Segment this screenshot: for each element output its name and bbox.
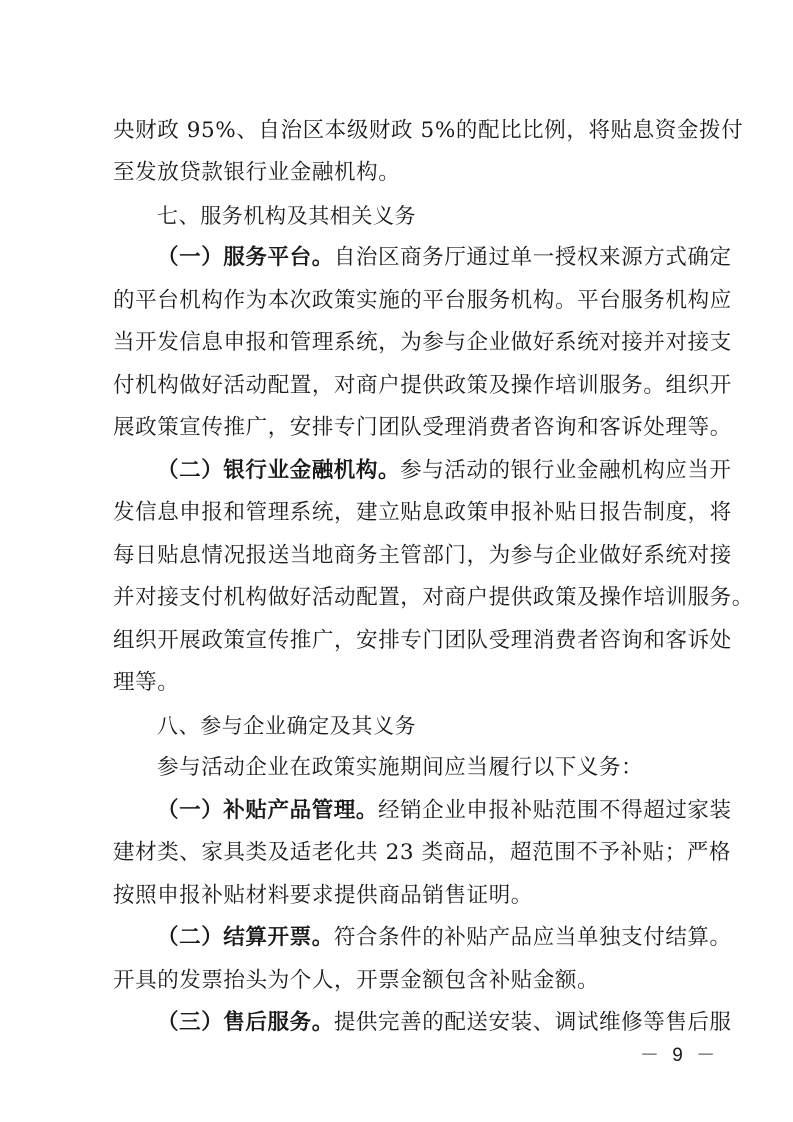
section-heading-7: 七、服务机构及其相关义务 [157, 201, 732, 231]
subsection-title: （二）银行业金融机构。 [157, 458, 400, 483]
paragraph-line: 并对接支付机构做好活动配置，对商户提供政策及操作培训服务。 [113, 583, 688, 613]
line-text: 并对接支付机构做好活动配置，对商户提供政策及操作培训服务。 [113, 585, 754, 610]
document-page: 央财政 95%、自治区本级财政 5%的配比比例，将贴息资金拨付 至发放贷款银行业… [0, 0, 793, 1122]
page-number: － 9 － [640, 1040, 719, 1067]
line-text: 经销企业申报补贴范围不得超过家装 [378, 798, 732, 823]
line-text: 参与活动企业在政策实施期间应当履行以下义务： [157, 755, 643, 780]
subsection-service-platform: （一）服务平台。自治区商务厅通过单一授权来源方式确定 [157, 243, 732, 273]
line-text: 发信息申报和管理系统，建立贴息政策申报补贴日报告制度，将 [113, 500, 732, 525]
line-text: 展政策宣传推广，安排专门团队受理消费者咨询和客诉处理等。 [113, 415, 732, 440]
line-text: 理等。 [113, 670, 179, 695]
paragraph-line: 央财政 95%、自治区本级财政 5%的配比比例，将贴息资金拨付 [113, 116, 688, 146]
paragraph-line: 至发放贷款银行业金融机构。 [113, 158, 688, 188]
subsection-banking-institutions: （二）银行业金融机构。参与活动的银行业金融机构应当开 [157, 456, 732, 486]
subsection-title: （三）售后服务。 [157, 1010, 334, 1035]
paragraph-line: 参与活动企业在政策实施期间应当履行以下义务： [157, 753, 732, 783]
line-text: 参与活动的银行业金融机构应当开 [400, 458, 732, 483]
paragraph-line: 展政策宣传推广，安排专门团队受理消费者咨询和客诉处理等。 [113, 413, 688, 443]
line-text: 提供完善的配送安装、调试维修等售后服 [334, 1010, 732, 1035]
line-text: 自治区商务厅通过单一授权来源方式确定 [334, 245, 732, 270]
subsection-settlement-invoicing: （二）结算开票。符合条件的补贴产品应当单独支付结算。 [157, 923, 732, 953]
line-text: 央财政 95%、自治区本级财政 5%的配比比例，将贴息资金拨付 [113, 118, 743, 143]
line-text: 建材类、家具类及适老化共 23 类商品，超范围不予补贴；严格 [113, 840, 731, 865]
paragraph-line: 理等。 [113, 668, 688, 698]
paragraph-line: 建材类、家具类及适老化共 23 类商品，超范围不予补贴；严格 [113, 838, 688, 868]
line-text: 按照申报补贴材料要求提供商品销售证明。 [113, 883, 533, 908]
heading-text: 七、服务机构及其相关义务 [157, 204, 416, 228]
subsection-title: （二）结算开票。 [157, 925, 334, 950]
subsection-after-sales: （三）售后服务。提供完善的配送安装、调试维修等售后服 [157, 1008, 732, 1038]
paragraph-line: 的平台机构作为本次政策实施的平台服务机构。平台服务机构应 [113, 286, 688, 316]
paragraph-line: 开具的发票抬头为个人，开票金额包含补贴金额。 [113, 966, 688, 996]
paragraph-line: 付机构做好活动配置，对商户提供政策及操作培训服务。组织开 [113, 371, 688, 401]
subsection-product-management: （一）补贴产品管理。经销企业申报补贴范围不得超过家装 [157, 796, 732, 826]
section-heading-8: 八、参与企业确定及其义务 [157, 711, 732, 741]
paragraph-line: 按照申报补贴材料要求提供商品销售证明。 [113, 881, 688, 911]
subsection-title: （一）服务平台。 [157, 245, 334, 270]
line-text: 的平台机构作为本次政策实施的平台服务机构。平台服务机构应 [113, 288, 732, 313]
subsection-title: （一）补贴产品管理。 [157, 798, 378, 823]
paragraph-line: 每日贴息情况报送当地商务主管部门，为参与企业做好系统对接 [113, 541, 688, 571]
paragraph-line: 当开发信息申报和管理系统，为参与企业做好系统对接并对接支 [113, 328, 688, 358]
heading-text: 八、参与企业确定及其义务 [157, 714, 416, 738]
line-text: 当开发信息申报和管理系统，为参与企业做好系统对接并对接支 [113, 330, 732, 355]
line-text: 开具的发票抬头为个人，开票金额包含补贴金额。 [113, 968, 599, 993]
paragraph-line: 发信息申报和管理系统，建立贴息政策申报补贴日报告制度，将 [113, 498, 688, 528]
line-text: 付机构做好活动配置，对商户提供政策及操作培训服务。组织开 [113, 373, 732, 398]
paragraph-line: 组织开展政策宣传推广，安排专门团队受理消费者咨询和客诉处 [113, 626, 688, 656]
line-text: 至发放贷款银行业金融机构。 [113, 160, 400, 185]
line-text: 组织开展政策宣传推广，安排专门团队受理消费者咨询和客诉处 [113, 628, 732, 653]
line-text: 每日贴息情况报送当地商务主管部门，为参与企业做好系统对接 [113, 543, 732, 568]
line-text: 符合条件的补贴产品应当单独支付结算。 [334, 925, 732, 950]
